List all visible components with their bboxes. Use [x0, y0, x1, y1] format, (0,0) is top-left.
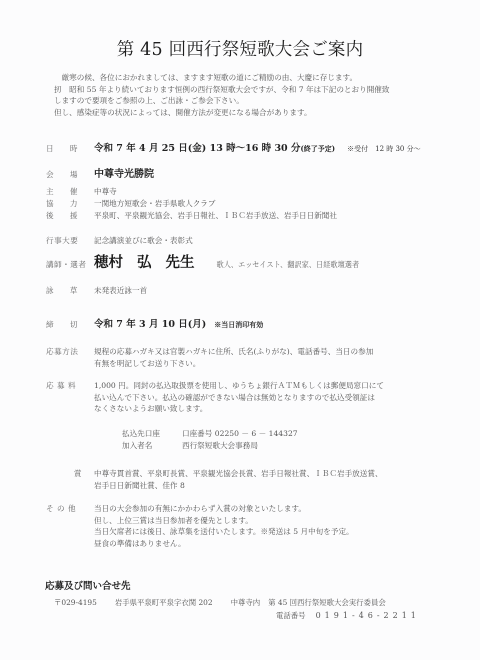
lecturer-profile: 歌人、エッセイスト、翻訳家、日経歌壇選者 [217, 260, 360, 270]
method-value: 規程の応募ハガキ又は官製ハガキに住所、氏名(ふりがな)、電話番号、当日の参加 有… [94, 346, 373, 369]
contact-heading: 応募及び問い合せ先 [45, 578, 131, 592]
name-part: 先生 [166, 254, 195, 271]
name-part: 弘 [137, 254, 152, 271]
field-organizer: 主 催 中尊寺 [46, 186, 117, 197]
field-label: 詠 草 [46, 285, 78, 296]
account-label: 払込先口座 [122, 428, 182, 440]
payment-info: 払込先口座口座番号 02250 － 6 － 144327 加入者名西行祭短歌大会… [122, 428, 298, 451]
holder-value: 西行祭短歌大会事務局 [182, 441, 258, 450]
field-label: そ の 他 [46, 503, 94, 514]
field-program: 行事大要 記念講演並びに歌会・表彰式 [46, 235, 193, 246]
intro-line: しますので要項をご参照の上、ご出詠・ご参会下さい。 [54, 95, 454, 107]
phone-label: 電話番号 [276, 611, 306, 620]
field-venue: 会 場 中尊寺光勝院 [46, 165, 154, 180]
account-value: 口座番号 02250 － 6 － 144327 [182, 429, 298, 438]
cooperation-value: 一関地方短歌会・岩手県歌人クラブ [94, 198, 216, 209]
support-value: 平泉町、平泉観光協会、岩手日報社、ＩＢＣ岩手放送、岩手日日新聞社 [94, 210, 337, 221]
place: 中尊寺内 [231, 598, 261, 607]
submission-value: 未発表近詠一首 [94, 285, 147, 296]
field-label: 賞 [46, 468, 94, 479]
phone-number: 0191-46-2211 [316, 611, 420, 620]
field-fee: 応 募 料 1,000 円。同封の払込取扱票を使用し、ゆうちょ銀行ＡＴＭもしくは… [46, 380, 384, 415]
datetime-suffix: (終了予定) [300, 144, 335, 153]
venue-value: 中尊寺光勝院 [94, 165, 154, 180]
datetime-value: 令和 7 年 4 月 25 日(金) 13 時～16 時 30 分(終了予定)※… [94, 140, 421, 154]
postmark-note: ※当日消印有効 [214, 320, 263, 329]
field-label: 日 時 [46, 143, 78, 154]
label-char: 日 [46, 143, 54, 154]
field-cooperation: 協 力 一関地方短歌会・岩手県歌人クラブ [46, 198, 216, 209]
field-deadline: 締 切 令和 7 年 3 月 10 日(月)※当日消印有効 [46, 316, 263, 330]
address: 岩手県平泉町平泉字衣関 202 [115, 598, 213, 607]
intro-line: 厳寒の候、各位におかれましては、ますます短歌の道にご精励の由、大慶に存じます。 [54, 72, 454, 84]
field-submission: 詠 草 未発表近詠一首 [46, 285, 147, 296]
payment-holder: 加入者名西行祭短歌大会事務局 [122, 440, 298, 452]
text-line: 中尊寺貫首賞、平泉町長賞、平泉観光協会長賞、岩手日報社賞、ＩＢＣ岩手放送賞、 [94, 468, 383, 480]
field-label: 主 催 [46, 186, 78, 197]
label-char: 草 [70, 285, 78, 296]
label-char: 切 [70, 319, 78, 330]
lecturer-name: 穂村弘先生 [94, 251, 209, 272]
text-line: 当日の大会参加の有無にかかわらず入賞の対象といたします。 [94, 503, 354, 515]
holder-label: 加入者名 [122, 440, 182, 452]
payment-account: 払込先口座口座番号 02250 － 6 － 144327 [122, 428, 298, 440]
field-label: 応募方法 [46, 346, 94, 357]
label-char: 場 [70, 169, 78, 180]
field-datetime: 日 時 令和 7 年 4 月 25 日(金) 13 時～16 時 30 分(終了… [46, 140, 421, 154]
intro-paragraph: 厳寒の候、各位におかれましては、ますます短歌の道にご精励の由、大慶に存じます。 … [54, 72, 454, 118]
label-char: 詠 [46, 285, 54, 296]
field-support: 後 援 平泉町、平泉観光協会、岩手日報社、ＩＢＣ岩手放送、岩手日日新聞社 [46, 210, 337, 221]
label-char: 援 [70, 210, 78, 221]
text-line: 但し、上位三賞は当日参加者を優先とします。 [94, 515, 354, 527]
text-line: 昼食の準備はありません。 [94, 538, 354, 550]
field-label: 応 募 料 [46, 380, 94, 391]
committee-name: 第 45 回西行祭短歌大会実行委員会 [268, 598, 386, 607]
field-method: 応募方法 規程の応募ハガキ又は官製ハガキに住所、氏名(ふりがな)、電話番号、当日… [46, 346, 373, 369]
label-char: 主 [46, 186, 54, 197]
text-line: 1,000 円。同封の払込取扱票を使用し、ゆうちょ銀行ＡＴＭもしくは郵便局窓口に… [94, 380, 384, 392]
field-label: 会 場 [46, 169, 78, 180]
label-char: 会 [46, 169, 54, 180]
label-char: 締 [46, 319, 54, 330]
program-value: 記念講演並びに歌会・表彰式 [94, 235, 193, 246]
intro-line: 扨 昭和 55 年より続いております恒例の西行祭短歌大会ですが、令和 7 年は下… [54, 84, 454, 96]
field-lecturer: 講師・選者 穂村弘先生 歌人、エッセイスト、翻訳家、日経歌壇選者 [46, 251, 359, 272]
text-line: 岩手日日新聞社賞、佳作 8 [94, 480, 383, 492]
text-line: 規程の応募ハガキ又は官製ハガキに住所、氏名(ふりがな)、電話番号、当日の参加 [94, 346, 373, 358]
text-line: 当日欠席者には後日、詠草集を送付いたします。※発送は 5 月中旬を予定。 [94, 526, 354, 538]
field-label: 講師・選者 [46, 259, 94, 270]
field-label: 協 力 [46, 198, 78, 209]
text-line: 払い込んで下さい。払込の確認ができない場合は無効となりますので払込受領証は [94, 392, 384, 404]
intro-line: 但し、感染症等の状況によっては、開催方法が変更になる場合があります。 [54, 107, 454, 119]
deadline-date: 令和 7 年 3 月 10 日(月) [94, 319, 206, 330]
label-char: 催 [70, 186, 78, 197]
postal-code: 〒029-4195 [54, 598, 97, 607]
label-char: 時 [70, 143, 78, 154]
field-label: 締 切 [46, 319, 78, 330]
deadline-value: 令和 7 年 3 月 10 日(月)※当日消印有効 [94, 316, 263, 330]
label-char: 協 [46, 198, 54, 209]
contact-address: 〒029-4195岩手県平泉町平泉字衣関 202中尊寺内第 45 回西行祭短歌大… [54, 597, 404, 609]
label-char: 力 [70, 198, 78, 209]
field-label: 行事大要 [46, 235, 94, 246]
awards-value: 中尊寺貫首賞、平泉町長賞、平泉観光協会長賞、岩手日報社賞、ＩＢＣ岩手放送賞、 岩… [94, 468, 383, 491]
reception-note: ※受付 12 時 30 分～ [347, 145, 421, 153]
fee-value: 1,000 円。同封の払込取扱票を使用し、ゆうちょ銀行ＡＴＭもしくは郵便局窓口に… [94, 380, 384, 415]
contact-phone: 電話番号0191-46-2211 [276, 610, 420, 621]
text-line: なくさないようお願い致します。 [94, 403, 384, 415]
document-page: 第 45 回西行祭短歌大会ご案内 厳寒の候、各位におかれましては、ますます短歌の… [0, 0, 480, 660]
datetime-main: 令和 7 年 4 月 25 日(金) 13 時～16 時 30 分 [94, 143, 300, 154]
organizer-value: 中尊寺 [94, 186, 117, 197]
field-other: そ の 他 当日の大会参加の有無にかかわらず入賞の対象といたします。 但し、上位… [46, 503, 354, 549]
name-part: 穂村 [94, 254, 123, 271]
field-label: 後 援 [46, 210, 78, 221]
other-value: 当日の大会参加の有無にかかわらず入賞の対象といたします。 但し、上位三賞は当日参… [94, 503, 354, 549]
text-line: 有無を明記してお送り下さい。 [94, 358, 373, 370]
label-char: 後 [46, 210, 54, 221]
document-title: 第 45 回西行祭短歌大会ご案内 [0, 36, 480, 61]
field-awards: 賞 中尊寺貫首賞、平泉町長賞、平泉観光協会長賞、岩手日報社賞、ＩＢＣ岩手放送賞、… [46, 468, 383, 491]
